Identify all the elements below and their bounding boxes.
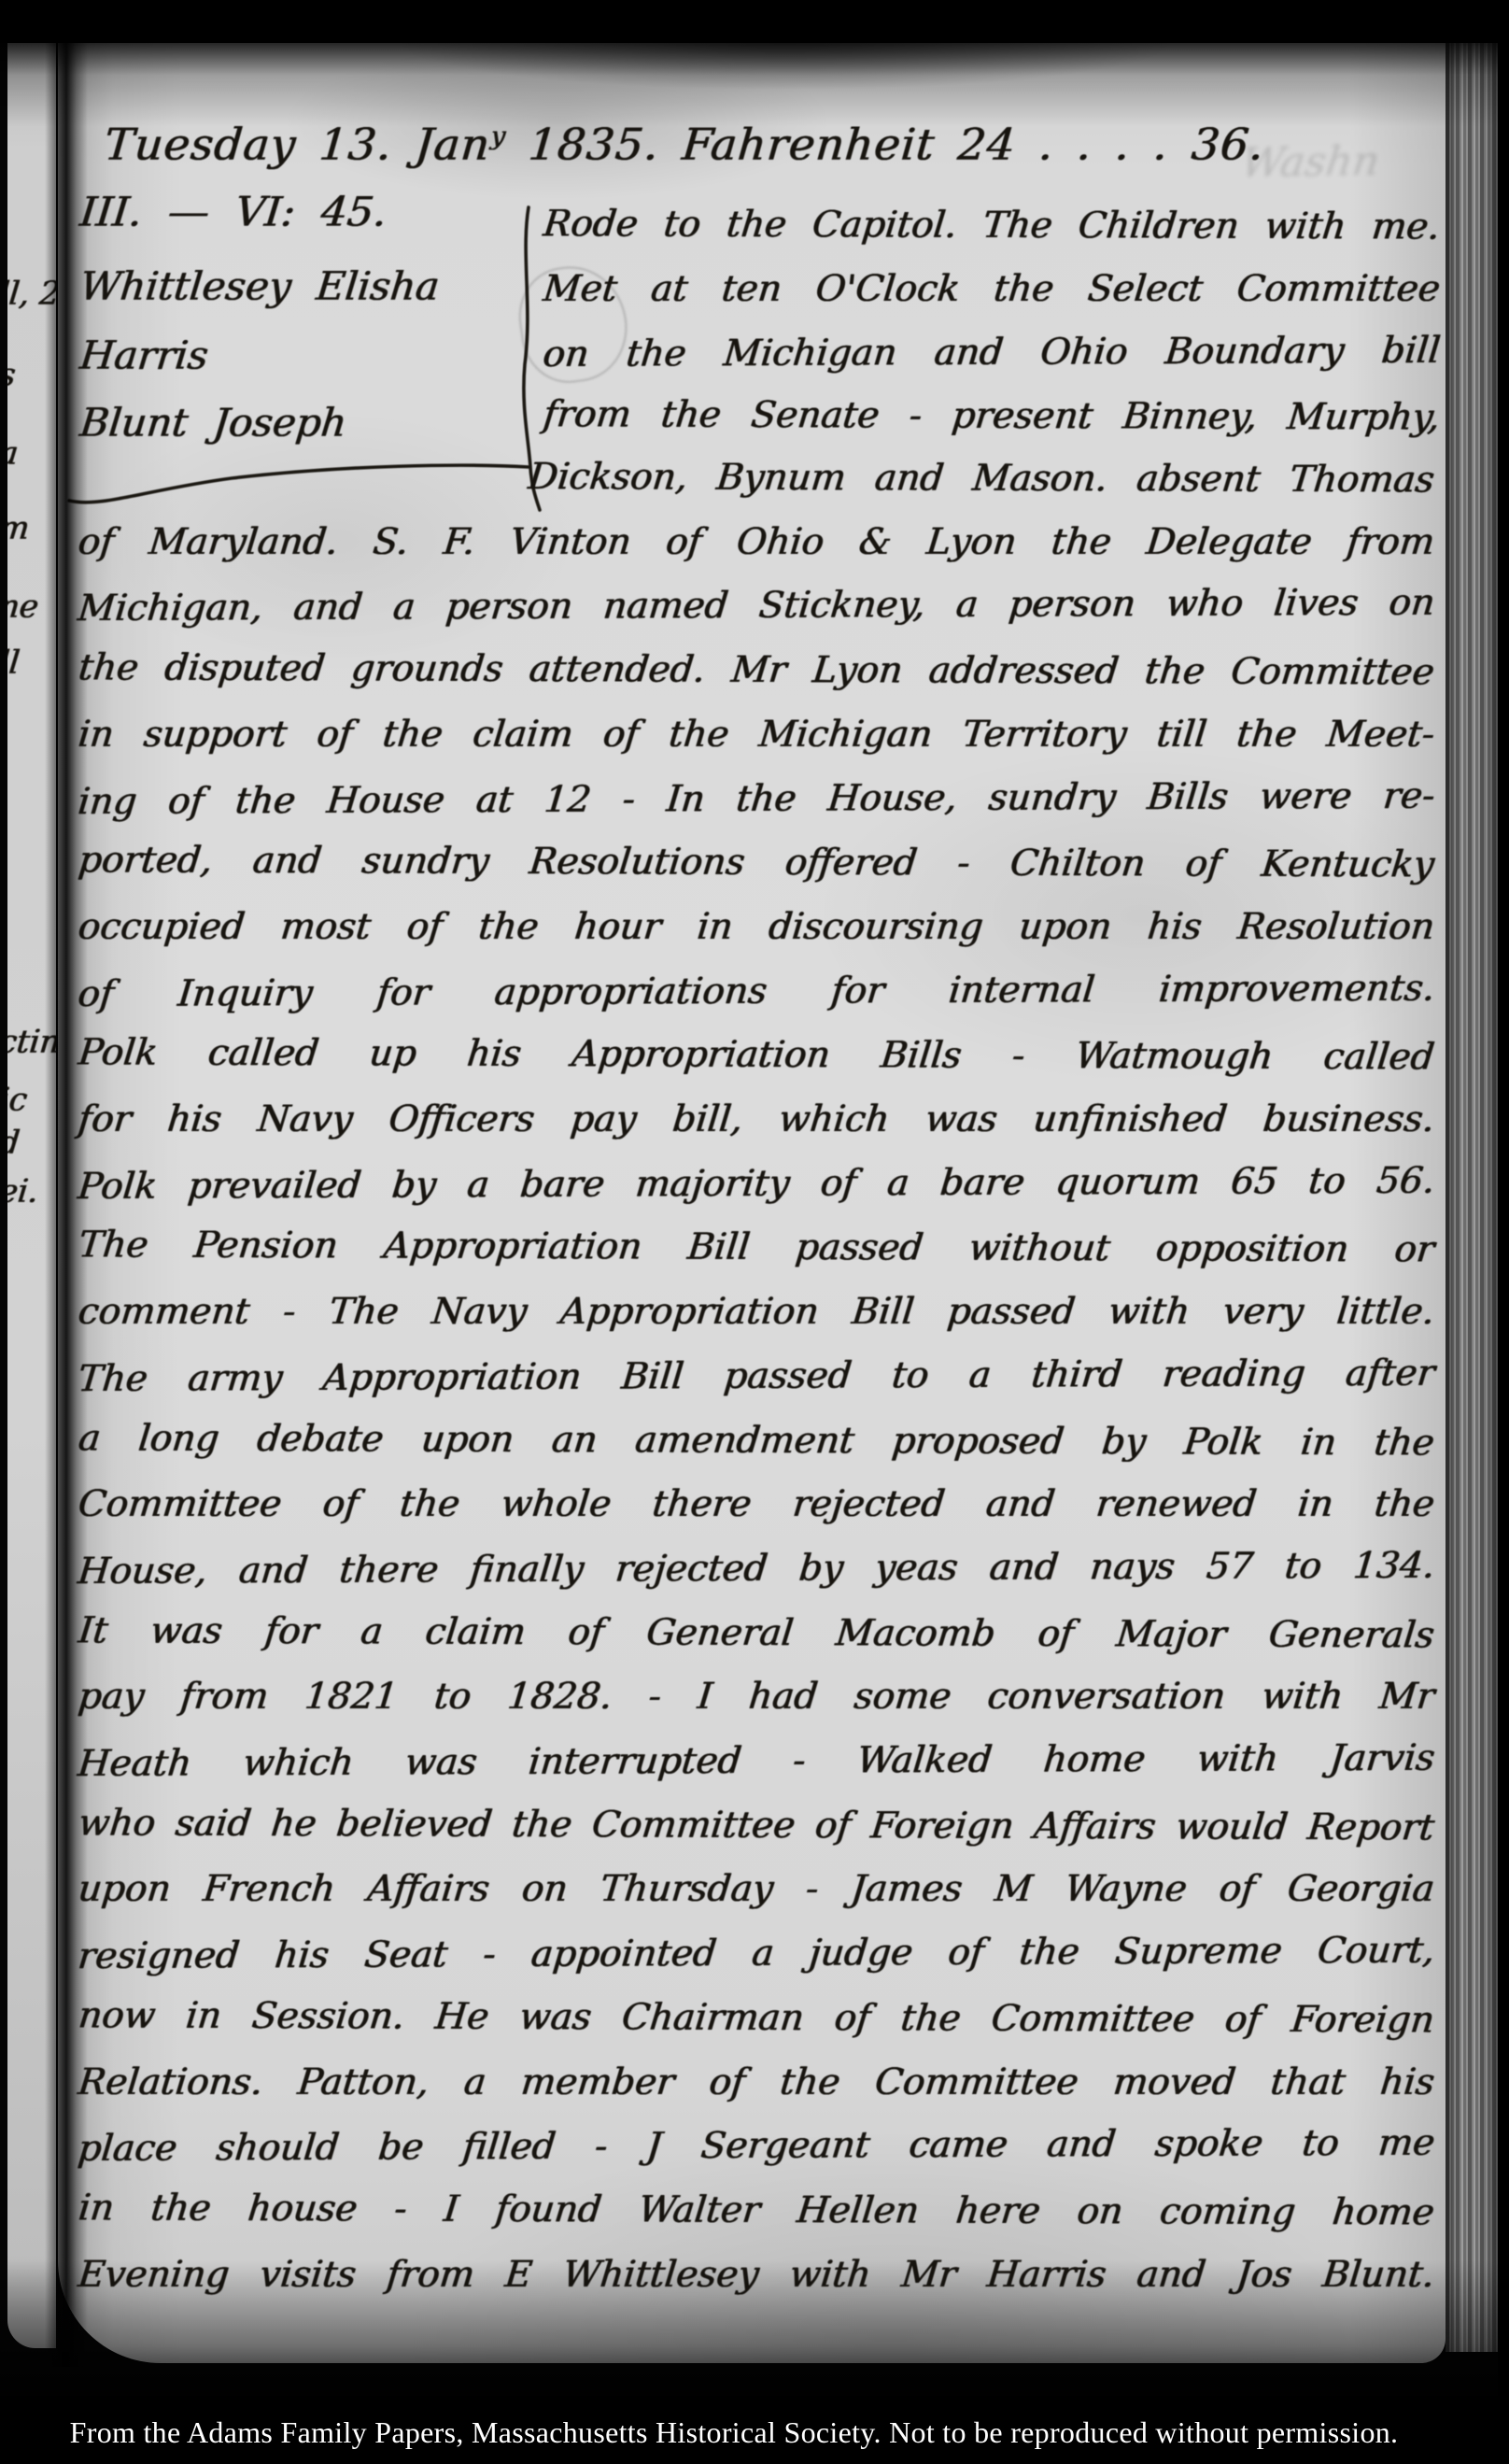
manuscript-line: the disputed grounds attended. Mr Lyon a…: [76, 637, 1438, 706]
manuscript-line: Relations. Patton, a member of the Commi…: [75, 2051, 1437, 2116]
manuscript-line: of Inquiry for appropriations for intern…: [75, 956, 1438, 1027]
manuscript-line: upon French Affairs on Thursday - James …: [75, 1858, 1437, 1922]
adjacent-page-strip: ll, 2samnellctingicdei.: [7, 34, 56, 2348]
manuscript-line: who said he believed the Committee of Fo…: [76, 1791, 1438, 1861]
caption-bar: From the Adams Family Papers, Massachuse…: [0, 2400, 1509, 2464]
adjacent-page-fragment: ll, 2: [7, 276, 56, 313]
manuscript-line: on the Michigan and Ohio Boundary bill: [540, 319, 1443, 387]
adjacent-page-fragment: ic: [7, 1082, 29, 1119]
entry-date-line: Tuesday 13. Jany 1835. Fahrenheit 24 . .…: [103, 120, 1209, 171]
manuscript-line: Met at ten O'Clock the Select Committee: [540, 258, 1443, 321]
adjacent-page-fragment: a: [7, 435, 20, 473]
book-fore-edge-pages: [1446, 37, 1505, 2352]
manuscript-line: in support of the claim of the Michigan …: [75, 703, 1437, 768]
manuscript-line: ing of the House at 12 - In the House, s…: [75, 764, 1438, 834]
manuscript-line: pay from 1821 to 1828. - I had some conv…: [75, 1665, 1437, 1730]
manuscript-line: It was for a claim of General Macomb of …: [76, 1599, 1438, 1668]
manuscript-line: occupied most of the hour in discoursing…: [75, 896, 1437, 960]
adjacent-page-fragment: d: [7, 1125, 21, 1162]
manuscript-line: from the Senate - present Binney, Murphy…: [540, 383, 1443, 449]
manuscript-line: now in Session. He was Chairman of the C…: [76, 1984, 1438, 2053]
film-border-right: [1498, 0, 1509, 2464]
manuscript-page: Washn Tuesday 13. Jany 1835. Fahrenheit …: [58, 28, 1446, 2363]
manuscript-line: comment - The Navy Appropriation Bill pa…: [75, 1281, 1437, 1345]
margin-time-note: III. — VI: 45.: [78, 189, 388, 236]
film-border-top: [0, 0, 1509, 43]
manuscript-line: for his Navy Officers pay bill, which wa…: [75, 1088, 1437, 1153]
manuscript-line: Michigan, and a person named Stickney, a…: [75, 572, 1438, 642]
margin-visitor-name: Harris: [78, 333, 210, 378]
manuscript-line: House, and there finally rejected by yea…: [75, 1535, 1438, 1605]
manuscript-line: place should be filled - J Sergeant came…: [75, 2112, 1438, 2182]
manuscript-line: resigned his Seat - appointed a judge of…: [75, 1919, 1438, 1990]
scanned-photo-frame: ll, 2samnellctingicdei. Washn Tuesday 13…: [0, 0, 1509, 2464]
manuscript-line: ported, and sundry Resolutions offered -…: [76, 829, 1438, 899]
entry-date-text: Tuesday 13. Jan: [103, 120, 493, 171]
manuscript-line: Rode to the Capitol. The Children with m…: [540, 192, 1443, 259]
manuscript-line: Committee of the whole there rejected an…: [75, 1473, 1437, 1537]
manuscript-line: of Maryland. S. F. Vinton of Ohio & Lyon…: [75, 511, 1437, 575]
manuscript-line: The army Appropriation Bill passed to a …: [75, 1342, 1438, 1412]
manuscript-line: Evening visits from E Whittlesey with Mr…: [75, 2244, 1437, 2308]
manuscript-line: Polk called up his Appropriation Bills -…: [76, 1022, 1438, 1091]
margin-visitor-name: Whittlesey Elisha: [78, 263, 442, 309]
temperature-note: 1835. Fahrenheit 24 . . . . 36.: [503, 120, 1266, 171]
manuscript-line: Polk prevailed by a bare majority of a b…: [75, 1150, 1438, 1220]
manuscript-line: a long debate upon an amendment proposed…: [76, 1407, 1438, 1476]
entry-body-lines: Dickson, Bynum and Mason. absent Thomaso…: [78, 446, 1434, 2307]
entry-opening-lines: Rode to the Capitol. The Children with m…: [543, 194, 1440, 448]
manuscript-line: Dickson, Bynum and Mason. absent Thomas: [76, 444, 1438, 513]
manuscript-line: The Pension Appropriation Bill passed wi…: [76, 1214, 1438, 1283]
adjacent-page-fragment: s: [7, 357, 18, 394]
adjacent-page-fragment: m: [7, 510, 31, 547]
adjacent-page-fragment: ll: [7, 644, 21, 682]
adjacent-page-fragment: cting: [7, 1024, 56, 1061]
adjacent-page-fragment: ne: [7, 588, 40, 626]
adjacent-page-fragment: ei.: [7, 1173, 40, 1211]
archive-caption: From the Adams Family Papers, Massachuse…: [70, 2415, 1399, 2450]
manuscript-line: in the house - I found Walter Hellen her…: [76, 2176, 1438, 2245]
manuscript-line: Heath which was interrupted - Walked hom…: [75, 1727, 1438, 1797]
